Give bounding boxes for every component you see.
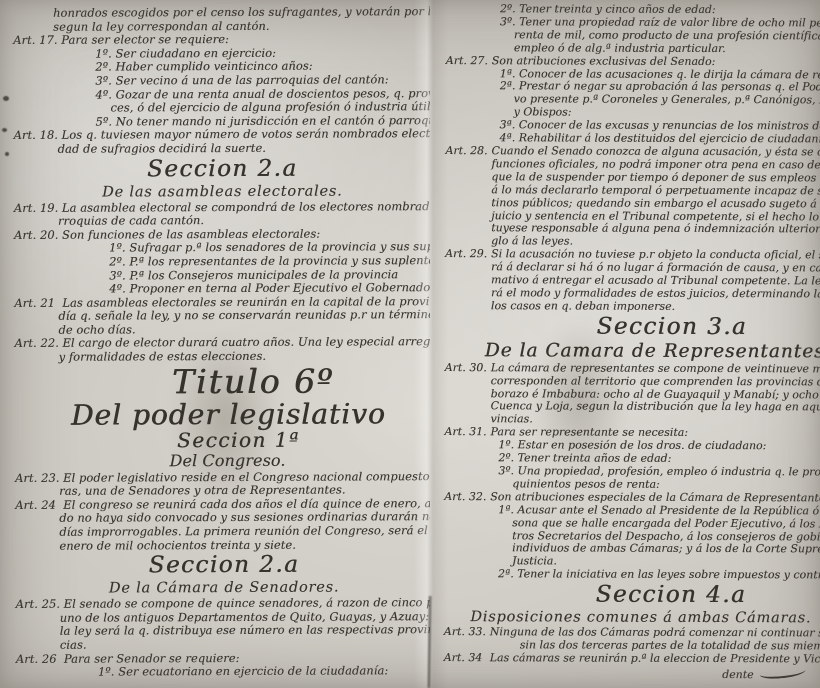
left-page-text: honrados escogidos por el censo los sufr…	[0, 0, 430, 680]
heading-line: Titulo 6º	[15, 363, 430, 401]
article-text: Son atribuciones exclusivas del Senado:	[492, 54, 716, 68]
article-number: Art. 29.	[445, 248, 491, 261]
article-number: Art. 21	[14, 296, 62, 310]
heading-line: Seccion 3.a	[445, 313, 819, 341]
article-number: Art. 31.	[444, 426, 490, 439]
heading-line: Seccion 4.a	[444, 581, 818, 609]
ink-speck	[3, 96, 9, 101]
article-text: Para ser elector se requiere:	[61, 32, 229, 47]
article-number: Art. 24	[15, 499, 63, 513]
article-text: Los q. tuviesen mayor número de votos se…	[62, 126, 430, 142]
text-line: vo presente p.ª Coroneles y Generales, p…	[446, 93, 820, 107]
ink-speck	[5, 152, 9, 156]
manuscript-left-page: honrados escogidos por el censo los sufr…	[0, 0, 430, 688]
article-text: El poder legislativo reside en el Congre…	[63, 468, 430, 484]
manuscript-scan: honrados escogidos por el censo los sufr…	[0, 0, 820, 688]
article-number: Art. 19.	[14, 201, 62, 215]
article-line: Art. 34Las cámaras se reunirán p.ª la el…	[444, 652, 818, 666]
article-number: Art. 34	[444, 652, 490, 665]
article-number: Art. 32.	[444, 491, 490, 504]
heading-line: Seccion 1ª	[15, 429, 430, 452]
article-number: Art. 18.	[14, 129, 62, 143]
article-text: Las cámaras se reunirán p.ª la eleccion …	[490, 651, 820, 665]
article-number: Art. 20.	[14, 228, 62, 242]
right-page-text: 2º. Tener treinta y cinco años de edad:3…	[430, 0, 820, 682]
article-number: Art. 28.	[445, 145, 491, 158]
article-number: Art. 26	[16, 652, 64, 666]
article-number: Art. 25.	[16, 598, 64, 612]
article-text: La cámara de representantes se compone d…	[491, 361, 820, 375]
heading-line: Seccion 2.a	[14, 155, 430, 184]
article-text: La asamblea electoral se compondrá de lo…	[62, 198, 430, 214]
heading-line: Seccion 2.a	[15, 551, 430, 580]
article-text: Para ser representante se necesita:	[490, 425, 688, 439]
article-number: Art. 30.	[445, 362, 491, 375]
article-number: Art. 27.	[446, 55, 492, 68]
text-line: individuos de ambas Cámaras; y á los de …	[444, 542, 818, 556]
text-line: la ley será la q. distribuya ese número …	[16, 624, 430, 639]
pen-flourish	[759, 665, 806, 680]
article-number: Art. 33.	[444, 626, 490, 639]
article-text: Son atribuciones especiales de la Cámara…	[490, 490, 820, 504]
article-text: Para ser Senador se requiere:	[64, 651, 240, 666]
article-number: Art. 17.	[13, 34, 61, 48]
article-number: Art. 22.	[14, 337, 62, 351]
text-line: los casos en q. deban imponerse.	[445, 300, 819, 314]
manuscript-right-page: 2º. Tener treinta y cinco años de edad:3…	[430, 0, 820, 688]
article-line: Art. 19.La asamblea electoral se compond…	[14, 200, 430, 215]
heading-line: Del poder legislativo	[15, 399, 430, 431]
heading-line: De la Camara de Representantes	[445, 340, 819, 363]
ink-speck	[2, 128, 7, 132]
article-text: El cargo de elector durará cuatro años. …	[62, 334, 430, 350]
text-line: día q. señale la ley, y no se conservará…	[14, 308, 430, 323]
heading-line: dente	[444, 665, 818, 682]
article-number: Art. 23.	[15, 471, 63, 485]
text-line: 1º. Ser ecuatoriano en ejercicio de la c…	[16, 664, 430, 679]
text-line: 2ª. Tener la iniciativa en las leyes sob…	[444, 568, 818, 582]
